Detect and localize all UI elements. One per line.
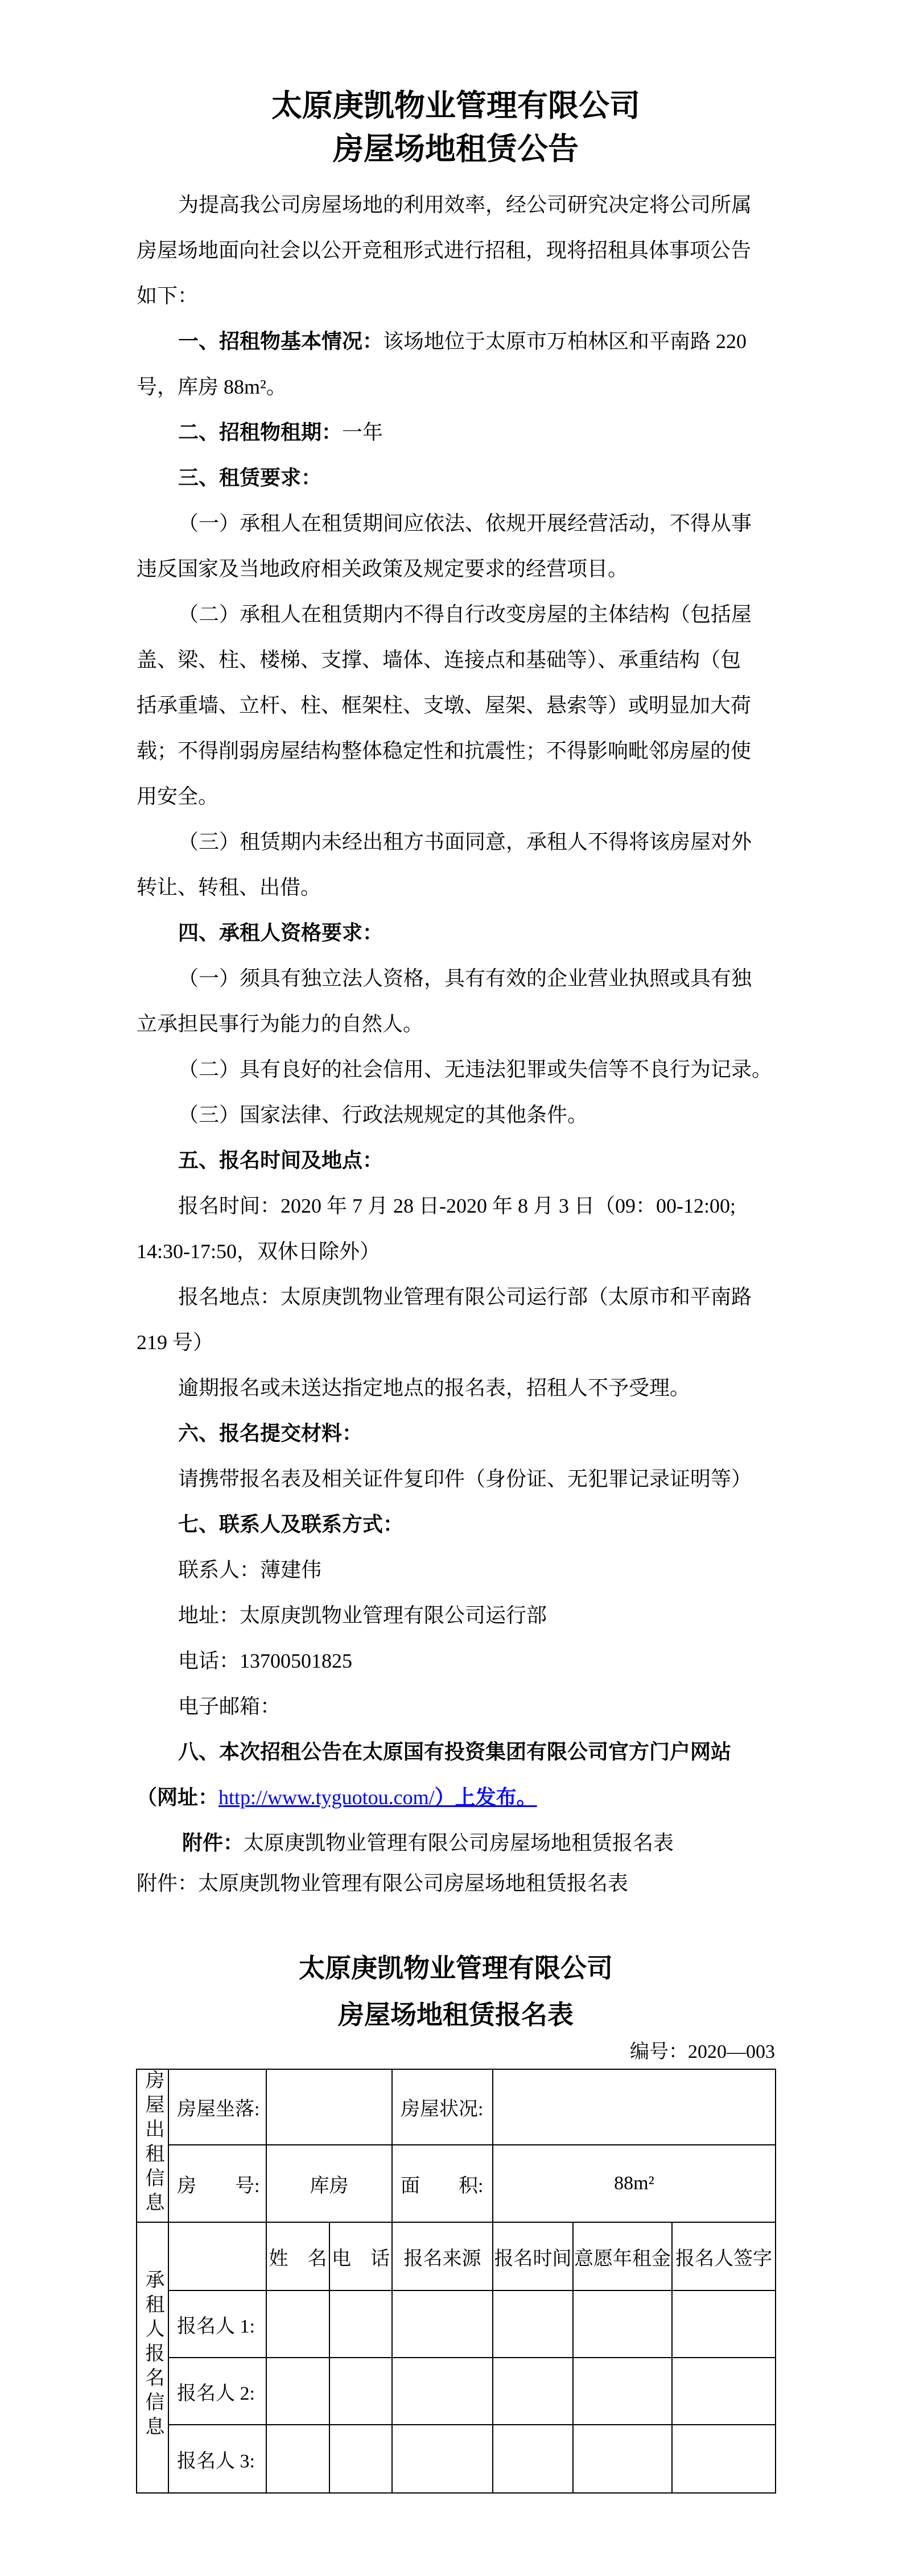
doc-line: 转让、转租、出借。 bbox=[137, 865, 876, 910]
doc-line: 七、联系人及联系方式： bbox=[137, 1502, 876, 1547]
table-empty-cell bbox=[329, 2425, 392, 2493]
table-header-row: 承租人报名信息 姓 名 电 话 报名来源 报名时间 意愿年租金 报名人签字 bbox=[137, 2222, 776, 2290]
section-label: 四、承租人资格要求： bbox=[178, 921, 383, 944]
doc-line: 括承重墙、立杆、柱、框架柱、支墩、屋架、悬索等）或明显加大荷 bbox=[137, 683, 876, 728]
line-text: 为提高我公司房屋场地的利用效率，经公司研究决定将公司所属 bbox=[178, 193, 752, 216]
section-label: 六、报名提交材料： bbox=[178, 1422, 362, 1445]
table-empty-cell bbox=[329, 2358, 392, 2425]
applicant3-label: 报名人 3: bbox=[168, 2425, 266, 2493]
table-row-applicant2: 报名人 2: bbox=[137, 2358, 776, 2425]
line-text: 报名地点：太原庚凯物业管理有限公司运行部（太原市和平南路 bbox=[178, 1285, 752, 1308]
table-empty-cell bbox=[266, 2290, 329, 2358]
section-label: 七、联系人及联系方式： bbox=[178, 1513, 403, 1536]
area-label: 面 积: bbox=[392, 2145, 493, 2222]
doc-line: 14:30-17:50，双休日除外） bbox=[137, 1229, 876, 1274]
house-location-value-cell bbox=[266, 2069, 392, 2145]
line-text: 载；不得削弱房屋结构整体稳定性和抗震性；不得影响毗邻房屋的使 bbox=[137, 739, 751, 762]
doc-line: 八、本次招租公告在太原国有投资集团有限公司官方门户网站 bbox=[137, 1729, 876, 1775]
column-header-signature: 报名人签字 bbox=[672, 2222, 776, 2290]
doc-line: 为提高我公司房屋场地的利用效率，经公司研究决定将公司所属 bbox=[137, 182, 876, 228]
section-label-applicant-info: 承租人报名信息 bbox=[137, 2222, 168, 2493]
table-row-applicant3: 报名人 3: bbox=[137, 2425, 776, 2493]
line-text: 该场地位于太原市万柏林区和平南路 220 bbox=[383, 330, 747, 353]
line-text: 如下： bbox=[137, 284, 198, 307]
table-empty-cell bbox=[266, 2358, 329, 2425]
table-empty-cell bbox=[672, 2425, 776, 2493]
doc-line: 如下： bbox=[137, 273, 876, 319]
attachment-line: 附件：太原庚凯物业管理有限公司房屋场地租赁报名表 bbox=[137, 1866, 876, 1901]
doc-line: （一）承租人在租赁期间应依法、依规开展经营活动，不得从事 bbox=[137, 501, 876, 546]
doc-line: （二）承租人在租赁期内不得自行改变房屋的主体结构（包括屋 bbox=[137, 592, 876, 637]
section-label: 八、本次招租公告在太原国有投资集团有限公司官方门户网站 bbox=[178, 1740, 731, 1763]
announcement-title: 太原庚凯物业管理有限公司 房屋场地租赁公告 bbox=[137, 84, 775, 171]
table-empty-cell bbox=[573, 2290, 672, 2358]
line-text: 号，库房 88m²。 bbox=[137, 375, 287, 398]
line-text: 转让、转租、出借。 bbox=[137, 876, 321, 899]
line-text: 用安全。 bbox=[137, 785, 218, 808]
doc-line: 联系人：薄建伟 bbox=[137, 1547, 876, 1593]
column-header-rent: 意愿年租金 bbox=[573, 2222, 672, 2290]
section-label: 一、招租物基本情况： bbox=[178, 330, 383, 353]
table-empty-cell bbox=[168, 2222, 266, 2290]
doc-line: 房屋场地面向社会以公开竞租形式进行招租，现将招租具体事项公告 bbox=[137, 228, 876, 273]
line-text: 报名时间：2020 年 7 月 28 日-2020 年 8 月 3 日（09：0… bbox=[178, 1194, 736, 1217]
doc-line: 用安全。 bbox=[137, 774, 876, 819]
attachment-line: 附件：太原庚凯物业管理有限公司房屋场地租赁报名表 bbox=[137, 1820, 876, 1866]
doc-line: 电话：13700501825 bbox=[137, 1638, 876, 1684]
link-suffix: ）上发布。 bbox=[435, 1786, 537, 1809]
line-text: （二）具有良好的社会信用、无违法犯罪或失信等不良行为记录。 bbox=[178, 1058, 772, 1081]
table-row: 房 号: 库房 面 积: 88m² bbox=[137, 2145, 776, 2222]
doc-line: 一、招租物基本情况：该场地位于太原市万柏林区和平南路 220 bbox=[137, 319, 876, 364]
doc-line: （三）租赁期内未经出租方书面同意，承租人不得将该房屋对外 bbox=[137, 819, 876, 865]
line-text: 14:30-17:50，双休日除外） bbox=[137, 1240, 380, 1263]
line-text: 电子邮箱： bbox=[178, 1695, 281, 1718]
form-title: 太原庚凯物业管理有限公司 房屋场地租赁报名表 bbox=[137, 1945, 775, 2039]
doc-line: （三）国家法律、行政法规规定的其他条件。 bbox=[137, 1092, 876, 1138]
table-empty-cell bbox=[573, 2358, 672, 2425]
form-title-line2: 房屋场地租赁报名表 bbox=[137, 1992, 775, 2039]
line-text: （二）承租人在租赁期内不得自行改变房屋的主体结构（包括屋 bbox=[178, 603, 752, 626]
table-empty-cell bbox=[266, 2425, 329, 2493]
section-label: 二、招租物租期： bbox=[178, 421, 342, 444]
line-text: 电话：13700501825 bbox=[178, 1649, 352, 1672]
doc-line: （二）具有良好的社会信用、无违法犯罪或失信等不良行为记录。 bbox=[137, 1047, 876, 1092]
line-text: 太原庚凯物业管理有限公司房屋场地租赁报名表 bbox=[244, 1831, 674, 1854]
table-empty-cell bbox=[493, 2290, 573, 2358]
doc-line: 盖、梁、柱、楼梯、支撑、墙体、连接点和基础等）、承重结构（包 bbox=[137, 637, 876, 683]
table-empty-cell bbox=[392, 2425, 493, 2493]
house-condition-label: 房屋状况: bbox=[392, 2069, 493, 2145]
table-empty-cell bbox=[493, 2425, 573, 2493]
line-text: 盖、梁、柱、楼梯、支撑、墙体、连接点和基础等）、承重结构（包 bbox=[137, 648, 741, 671]
doc-line: 请携带报名表及相关证件复印件（身份证、无犯罪记录证明等） bbox=[137, 1456, 876, 1502]
line-text: （一）承租人在租赁期间应依法、依规开展经营活动，不得从事 bbox=[178, 512, 752, 535]
doc-line: 三、租赁要求： bbox=[137, 455, 876, 501]
doc-line: 违反国家及当地政府相关政策及规定要求的经营项目。 bbox=[137, 546, 876, 592]
column-header-source: 报名来源 bbox=[392, 2222, 493, 2290]
announcement-title-line1: 太原庚凯物业管理有限公司 bbox=[137, 84, 775, 127]
table-row-applicant1: 报名人 1: bbox=[137, 2290, 776, 2358]
table-row: 房屋出租信息 房屋坐落: 房屋状况: bbox=[137, 2069, 776, 2145]
registration-form-table: 房屋出租信息 房屋坐落: 房屋状况: 房 号: 库房 面 积: 88m² 承租人… bbox=[136, 2069, 776, 2494]
doc-number-label: 编号： bbox=[630, 2041, 688, 2062]
line-text: 立承担民事行为能力的自然人。 bbox=[137, 1012, 423, 1035]
line-text: 地址：太原庚凯物业管理有限公司运行部 bbox=[178, 1604, 547, 1627]
room-number-value: 库房 bbox=[266, 2145, 392, 2222]
line-text: 请携带报名表及相关证件复印件（身份证、无犯罪记录证明等） bbox=[178, 1467, 752, 1490]
room-number-label: 房 号: bbox=[168, 2145, 266, 2222]
doc-number: 编号：2020—003 bbox=[137, 2040, 775, 2065]
table-empty-cell bbox=[392, 2358, 493, 2425]
announcement-title-line2: 房屋场地租赁公告 bbox=[137, 127, 775, 171]
line-text: 一年 bbox=[342, 421, 383, 444]
column-header-name: 姓 名 bbox=[266, 2222, 329, 2290]
table-empty-cell bbox=[672, 2358, 776, 2425]
line-text: （三）国家法律、行政法规规定的其他条件。 bbox=[178, 1103, 588, 1126]
section-label: 五、报名时间及地点： bbox=[178, 1149, 383, 1172]
column-header-phone: 电 话 bbox=[329, 2222, 392, 2290]
area-value: 88m² bbox=[493, 2145, 776, 2222]
doc-line: 载；不得削弱房屋结构整体稳定性和抗震性；不得影响毗邻房屋的使 bbox=[137, 728, 876, 774]
line-text: 联系人：薄建伟 bbox=[178, 1558, 321, 1581]
section-label: 三、租赁要求： bbox=[178, 466, 321, 489]
doc-line: 地址：太原庚凯物业管理有限公司运行部 bbox=[137, 1593, 876, 1638]
applicant2-label: 报名人 2: bbox=[168, 2358, 266, 2425]
doc-line: 电子邮箱： bbox=[137, 1684, 876, 1729]
doc-line: 逾期报名或未送达指定地点的报名表，招租人不予受理。 bbox=[137, 1365, 876, 1411]
doc-line: 二、招租物租期：一年 bbox=[137, 410, 876, 455]
table-empty-cell bbox=[573, 2425, 672, 2493]
applicant1-label: 报名人 1: bbox=[168, 2290, 266, 2358]
doc-line: 五、报名时间及地点： bbox=[137, 1138, 876, 1183]
line-text: 违反国家及当地政府相关政策及规定要求的经营项目。 bbox=[137, 557, 628, 580]
table-empty-cell bbox=[392, 2290, 493, 2358]
doc-line: 号，库房 88m²。 bbox=[137, 364, 876, 410]
doc-line: 219 号） bbox=[137, 1320, 876, 1365]
doc-line: 立承担民事行为能力的自然人。 bbox=[137, 1001, 876, 1047]
table-empty-cell bbox=[493, 2358, 573, 2425]
line-text: （一）须具有独立法人资格，具有有效的企业营业执照或具有独 bbox=[178, 967, 752, 990]
website-link[interactable]: http://www.tyguotou.com/ bbox=[218, 1786, 435, 1809]
line-text: 房屋场地面向社会以公开竞租形式进行招租，现将招租具体事项公告 bbox=[137, 239, 751, 262]
doc-line-link: （网址：http://www.tyguotou.com/）上发布。 bbox=[137, 1775, 876, 1820]
page: { "doc": { "title_lines": ["太原庚凯物业管理有限公司… bbox=[0, 0, 903, 2576]
house-location-label: 房屋坐落: bbox=[168, 2069, 266, 2145]
doc-line: 报名地点：太原庚凯物业管理有限公司运行部（太原市和平南路 bbox=[137, 1274, 876, 1320]
line-text: 括承重墙、立杆、柱、框架柱、支墩、屋架、悬索等）或明显加大荷 bbox=[137, 694, 751, 717]
form-title-line1: 太原庚凯物业管理有限公司 bbox=[137, 1945, 775, 1992]
doc-number-value: 2020—003 bbox=[688, 2041, 775, 2062]
announcement-body: 为提高我公司房屋场地的利用效率，经公司研究决定将公司所属 房屋场地面向社会以公开… bbox=[137, 182, 876, 1901]
link-prefix: （网址： bbox=[137, 1786, 218, 1809]
table-empty-cell bbox=[672, 2290, 776, 2358]
doc-line: （一）须具有独立法人资格，具有有效的企业营业执照或具有独 bbox=[137, 956, 876, 1001]
line-text: （三）租赁期内未经出租方书面同意，承租人不得将该房屋对外 bbox=[178, 830, 752, 853]
line-text: 逾期报名或未送达指定地点的报名表，招租人不予受理。 bbox=[178, 1376, 690, 1399]
doc-line: 四、承租人资格要求： bbox=[137, 910, 876, 956]
doc-line: 报名时间：2020 年 7 月 28 日-2020 年 8 月 3 日（09：0… bbox=[137, 1183, 876, 1229]
section-label-house-info: 房屋出租信息 bbox=[137, 2069, 168, 2222]
attachment-label: 附件： bbox=[182, 1831, 244, 1854]
line-text: 附件：太原庚凯物业管理有限公司房屋场地租赁报名表 bbox=[137, 1872, 628, 1895]
house-condition-value-cell bbox=[493, 2069, 776, 2145]
table-empty-cell bbox=[329, 2290, 392, 2358]
column-header-time: 报名时间 bbox=[493, 2222, 573, 2290]
line-text: 219 号） bbox=[137, 1331, 213, 1354]
doc-line: 六、报名提交材料： bbox=[137, 1411, 876, 1456]
